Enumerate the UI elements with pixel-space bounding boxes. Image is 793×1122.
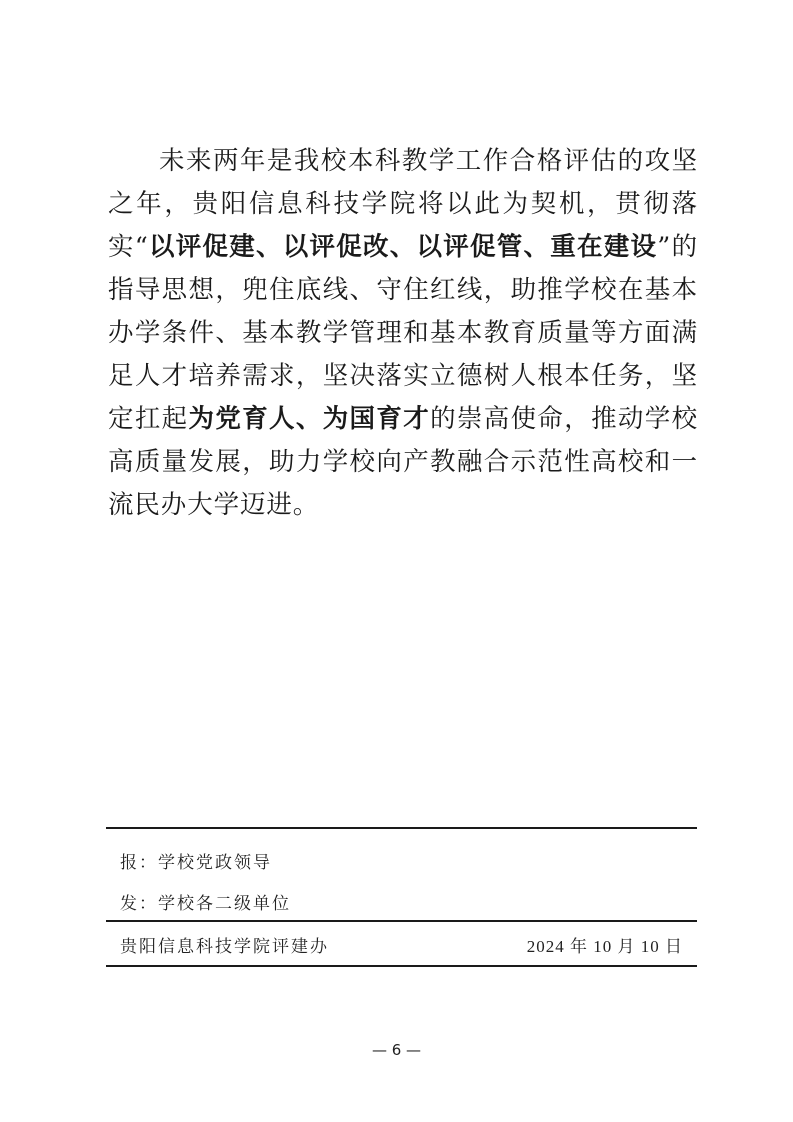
body-bold-slogan: 以评促建、以评促改、以评促管、重在建设 <box>149 232 658 262</box>
divider-bottom <box>106 965 697 967</box>
send-to-line: 发：学校各二级单位 <box>120 889 291 914</box>
divider-top <box>106 827 697 829</box>
issue-date: 2024 年 10 月 10 日 <box>527 932 683 957</box>
issuer: 贵阳信息科技学院评建办 <box>120 932 329 957</box>
body-paragraph: 未来两年是我校本科教学工作合格评估的攻坚之年，贵阳信息科技学院将以此为契机，贯彻… <box>108 140 698 527</box>
divider-middle <box>106 920 697 922</box>
body-bold-mission: 为党育人、为国育才 <box>189 404 431 434</box>
report-to-line: 报：学校党政领导 <box>120 848 272 873</box>
page-number: — 6 — <box>0 1041 793 1059</box>
